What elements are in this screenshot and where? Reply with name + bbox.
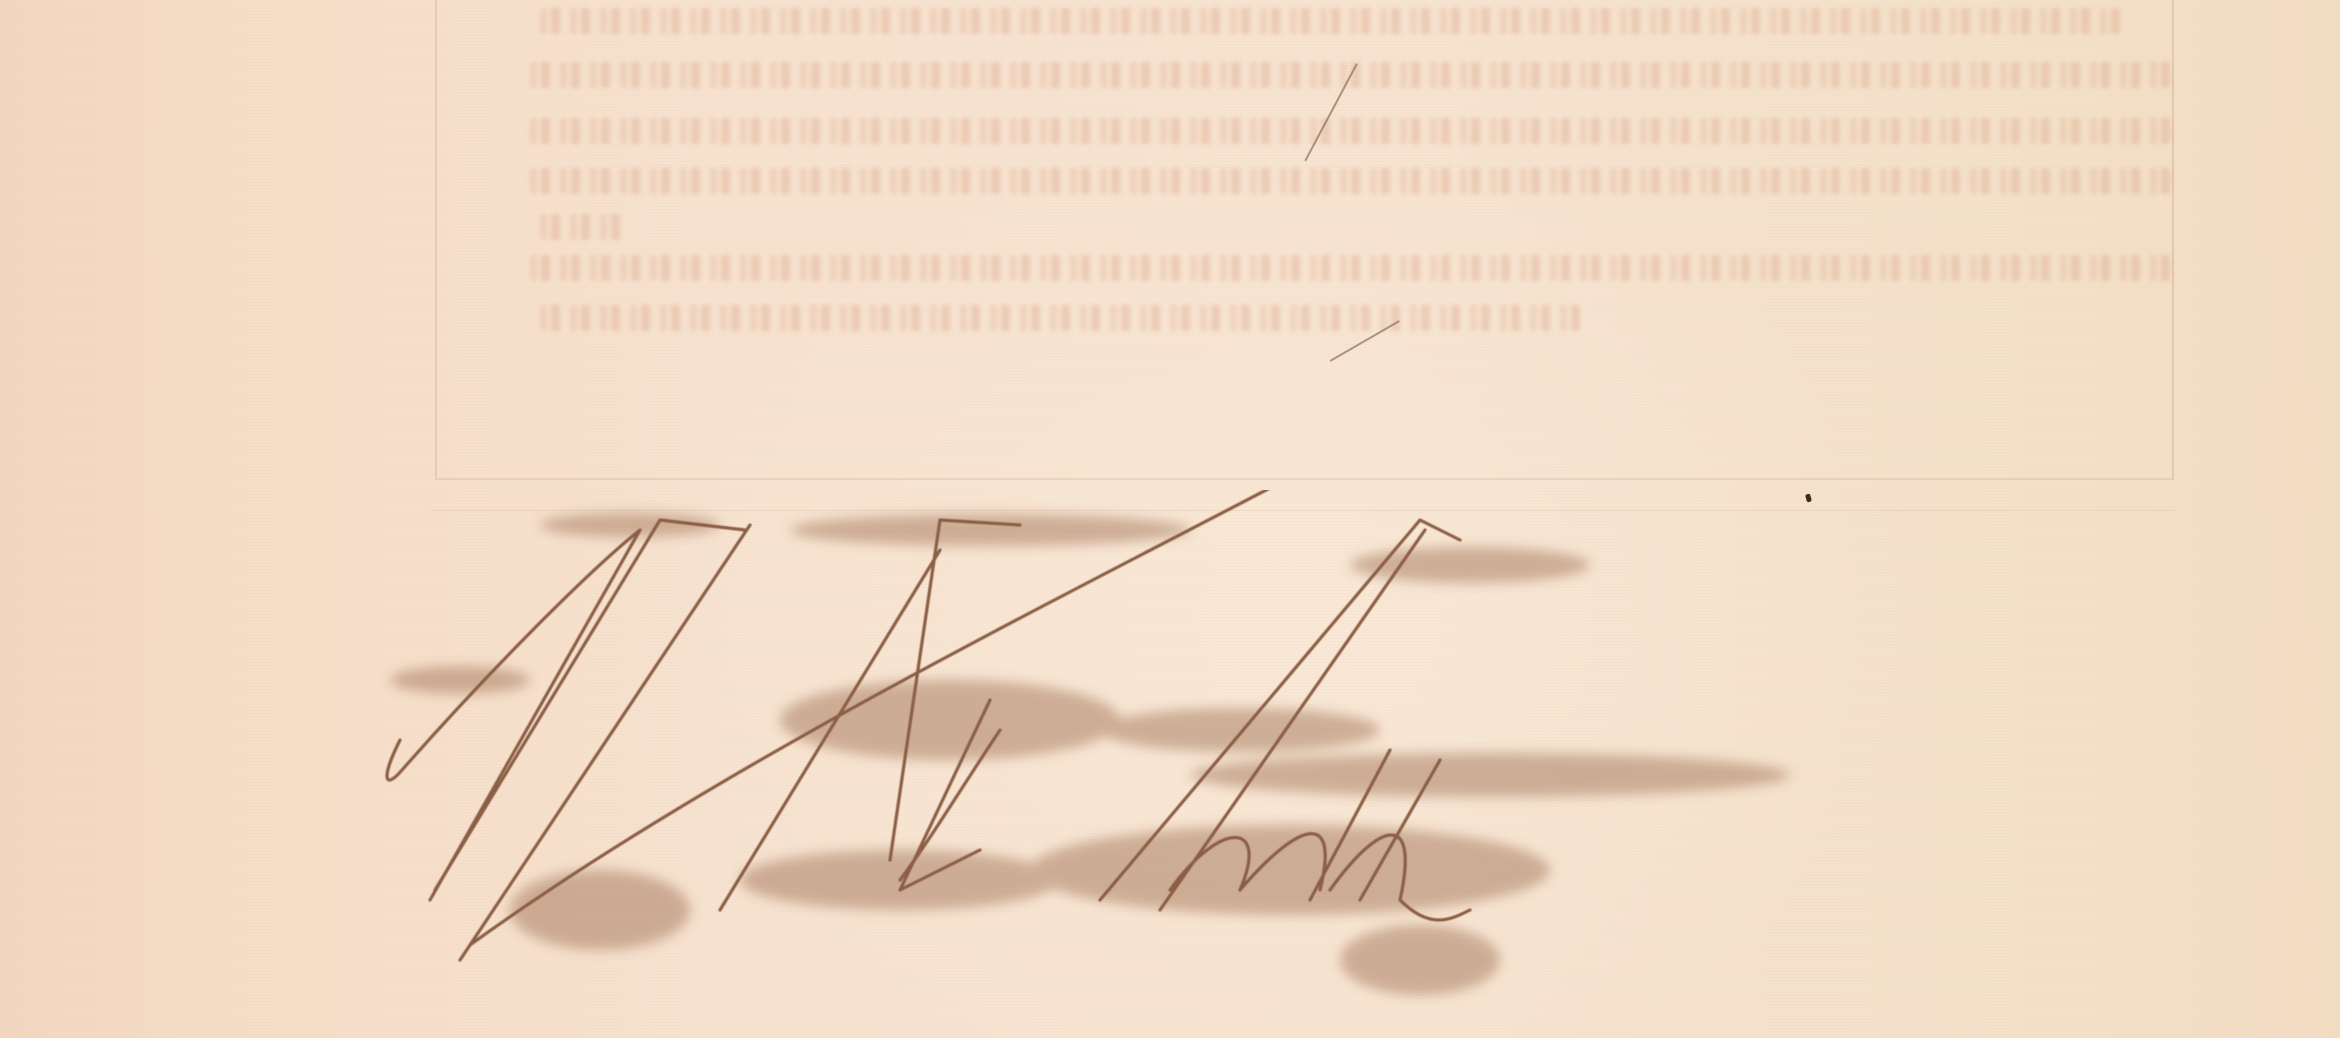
signature: Whitehall [340,490,1900,1010]
bleed-through-line [530,168,2170,194]
bleed-through-line [540,8,2120,34]
signature-strokes [340,490,1900,1010]
bleed-through-text-block [480,0,2180,420]
bleed-through-line [540,214,620,240]
bleed-through-line [530,255,2170,281]
bleed-through-line [540,305,1580,331]
bleed-through-line [530,118,2170,144]
